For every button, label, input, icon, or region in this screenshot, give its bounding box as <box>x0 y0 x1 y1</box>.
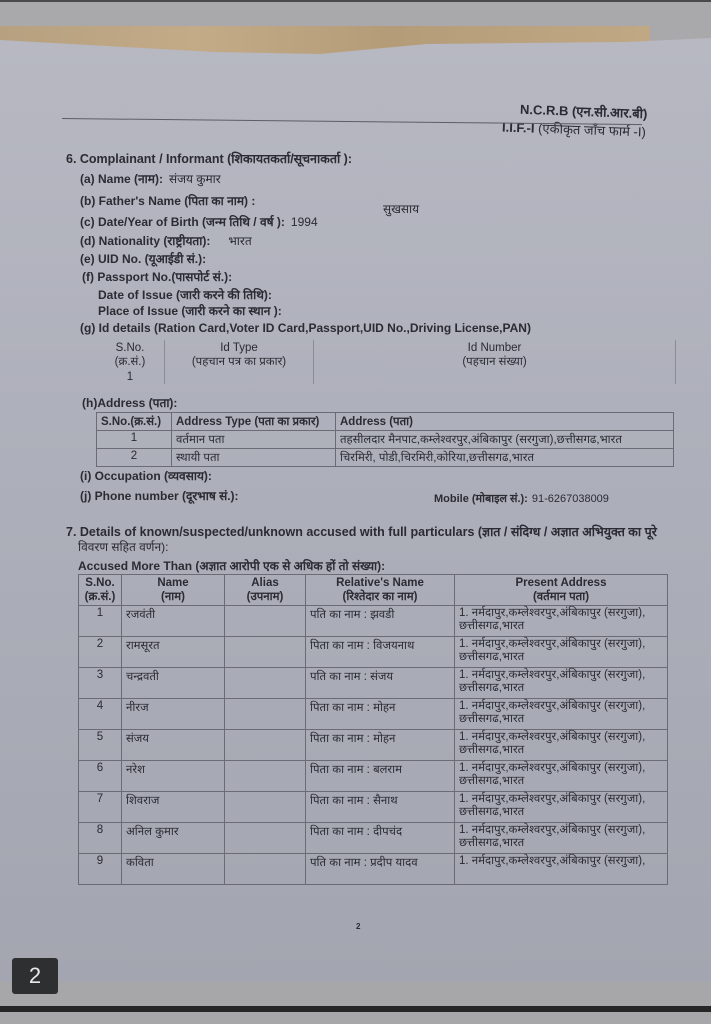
accused-sno: 5 <box>79 730 122 761</box>
accused-address: 1. नर्मदापुर,कम्लेश्वरपुर,अंबिकापुर (सरग… <box>455 792 668 823</box>
accused-name: नरेश <box>122 761 225 792</box>
accused-address: 1. नर्मदापुर,कम्लेश्वरपुर,अंबिकापुर (सरग… <box>455 668 668 699</box>
accused-relative: पिता का नाम : दीपचंद <box>306 823 455 854</box>
passport-label: (f) Passport No.(पासपोर्ट सं.): <box>82 268 232 285</box>
accused-name: शिवराज <box>122 792 225 823</box>
father-label: (b) Father's Name (पिता का नाम) : <box>80 192 255 209</box>
uid-label: (e) UID No. (यूआईडी सं.): <box>80 250 206 267</box>
accused-relative: पिता का नाम : सैनाथ <box>306 792 455 823</box>
accused-alias <box>225 792 306 823</box>
accused-sno: 4 <box>79 699 122 730</box>
accused-relative: पति का नाम : प्रदीप यादव <box>306 854 455 885</box>
accused-sno: 1 <box>79 606 122 637</box>
phone-label: (j) Phone number (दूरभाष सं.): <box>80 487 239 504</box>
accused-table-body: 1रजवंतीपति का नाम : झवडी1. नर्मदापुर,कम्… <box>79 606 668 885</box>
accused-more-than-label: Accused More Than (अज्ञात आरोपी एक से अध… <box>78 557 385 574</box>
accused-table: S.No.(क्र.सं.) Name(नाम) Alias(उपनाम) Re… <box>78 574 668 885</box>
dob-label: (c) Date/Year of Birth (जन्म तिथि / वर्ष… <box>80 215 285 229</box>
table-row: 6नरेशपिता का नाम : बलराम1. नर्मदापुर,कम्… <box>79 761 668 792</box>
table-row: 2 स्थायी पता चिरमिरी, पोडी,चिरमिरी,कोरिय… <box>97 449 674 467</box>
addr-type: स्थायी पता <box>172 449 336 467</box>
accused-alias <box>225 606 306 637</box>
mobile-label: Mobile (मोबाइल सं.): <box>434 493 528 505</box>
accused-sno: 9 <box>79 854 122 885</box>
table-row: 4नीरजपिता का नाम : मोहन1. नर्मदापुर,कम्ल… <box>79 699 668 730</box>
document-photo: N.C.R.B (एन.सी.आर.बी) I.I.F.-I (एकीकृत ज… <box>0 0 711 1024</box>
accused-sno: 6 <box>79 761 122 792</box>
header-iif: I.I.F.-I (एकीकृत जाँच फार्म -I) <box>502 117 646 140</box>
id-details-table: S.No.(क्र.सं.) Id Type(पहचान पत्र का प्र… <box>96 340 676 384</box>
accused-alias <box>225 823 306 854</box>
addr-col-type: Address Type (पता का प्रकार) <box>172 413 336 431</box>
mobile-value: 91-6267038009 <box>532 493 609 505</box>
accused-relative: पिता का नाम : मोहन <box>306 730 455 761</box>
document-page-number: 2 <box>356 922 360 931</box>
table-row: 1 वर्तमान पता तहसीलदार मैनपाट,कम्लेश्वरप… <box>97 431 674 449</box>
addr-col-sno: S.No.(क्र.सं.) <box>97 413 172 431</box>
accused-alias <box>225 699 306 730</box>
accused-alias <box>225 637 306 668</box>
accused-relative: पिता का नाम : बलराम <box>306 761 455 792</box>
accused-sno: 8 <box>79 823 122 854</box>
acc-col-name: Name(नाम) <box>122 575 225 606</box>
section6-title: 6. Complainant / Informant (शिकायतकर्ता/… <box>66 150 352 167</box>
addr-sno: 2 <box>97 449 172 467</box>
mobile-row: Mobile (मोबाइल सं.):91-6267038009 <box>434 491 609 506</box>
acc-col-relative: Relative's Name(रिश्तेदार का नाम) <box>306 575 455 606</box>
nationality-label: (d) Nationality (राष्ट्रीयता): <box>80 234 210 248</box>
accused-table-header: S.No.(क्र.सं.) Name(नाम) Alias(उपनाम) Re… <box>79 575 668 606</box>
nationality-value: भारत <box>228 234 251 248</box>
id-col-type: Id Type(पहचान पत्र का प्रकार) <box>165 340 314 370</box>
table-row: 7शिवराजपिता का नाम : सैनाथ1. नर्मदापुर,क… <box>79 792 668 823</box>
page-indicator-badge[interactable]: 2 <box>12 958 58 994</box>
table-row: 5संजयपिता का नाम : मोहन1. नर्मदापुर,कम्ल… <box>79 730 668 761</box>
addr-value: चिरमिरी, पोडी,चिरमिरी,कोरिया,छत्तीसगढ,भा… <box>336 449 674 467</box>
date-of-issue-label: Date of Issue (जारी करने की तिथि): <box>98 286 272 303</box>
accused-name: रजवंती <box>122 606 225 637</box>
table-row: 3चन्द्रवतीपति का नाम : संजय1. नर्मदापुर,… <box>79 668 668 699</box>
address-label: (h)Address (पता): <box>82 394 177 411</box>
accused-address: 1. नर्मदापुर,कम्लेश्वरपुर,अंबिकापुर (सरग… <box>455 854 668 885</box>
table-row: 9कवितापति का नाम : प्रदीप यादव1. नर्मदाप… <box>79 854 668 885</box>
accused-alias <box>225 668 306 699</box>
table-row: 1 <box>96 370 676 384</box>
id-details-label: (g) Id details (Ration Card,Voter ID Car… <box>80 321 531 335</box>
accused-name: नीरज <box>122 699 225 730</box>
father-value: सुखसाय <box>383 200 419 217</box>
acc-col-address: Present Address(वर्तमान पता) <box>455 575 668 606</box>
acc-col-alias: Alias(उपनाम) <box>225 575 306 606</box>
accused-relative: पिता का नाम : विजयनाथ <box>306 637 455 668</box>
addr-sno: 1 <box>97 431 172 449</box>
accused-name: संजय <box>122 730 225 761</box>
accused-alias <box>225 761 306 792</box>
addr-type: वर्तमान पता <box>172 431 336 449</box>
addr-value: तहसीलदार मैनपाट,कम्लेश्वरपुर,अंबिकापुर (… <box>336 431 674 449</box>
nationality-row: (d) Nationality (राष्ट्रीयता):भारत <box>80 232 252 249</box>
dob-value: 1994 <box>291 215 318 229</box>
accused-address: 1. नर्मदापुर,कम्लेश्वरपुर,अंबिकापुर (सरग… <box>455 606 668 637</box>
accused-address: 1. नर्मदापुर,कम्लेश्वरपुर,अंबिकापुर (सरग… <box>455 637 668 668</box>
viewer-bottom-bar <box>0 1006 711 1012</box>
table-row: 2रामसूरतपिता का नाम : विजयनाथ1. नर्मदापु… <box>79 637 668 668</box>
acc-col-sno: S.No.(क्र.सं.) <box>79 575 122 606</box>
accused-address: 1. नर्मदापुर,कम्लेश्वरपुर,अंबिकापुर (सरग… <box>455 761 668 792</box>
accused-sno: 3 <box>79 668 122 699</box>
address-table: S.No.(क्र.सं.) Address Type (पता का प्रक… <box>96 412 674 467</box>
place-of-issue-label: Place of Issue (जारी करने का स्थान ): <box>98 302 282 319</box>
id-table-header: S.No.(क्र.सं.) Id Type(पहचान पत्र का प्र… <box>96 340 676 370</box>
addr-col-address: Address (पता) <box>336 413 674 431</box>
table-row: 1रजवंतीपति का नाम : झवडी1. नर्मदापुर,कम्… <box>79 606 668 637</box>
table-row: 8अनिल कुमारपिता का नाम : दीपचंद1. नर्मदा… <box>79 823 668 854</box>
address-table-header: S.No.(क्र.सं.) Address Type (पता का प्रक… <box>97 413 674 431</box>
accused-address: 1. नर्मदापुर,कम्लेश्वरपुर,अंबिकापुर (सरग… <box>455 823 668 854</box>
section7-title-line2: विवरण सहित वर्णन): <box>78 538 168 555</box>
accused-alias <box>225 730 306 761</box>
accused-name: कविता <box>122 854 225 885</box>
accused-name: अनिल कुमार <box>122 823 225 854</box>
id-row-type <box>165 370 314 384</box>
accused-address: 1. नर्मदापुर,कम्लेश्वरपुर,अंबिकापुर (सरग… <box>455 699 668 730</box>
id-row-sno: 1 <box>96 370 165 384</box>
accused-relative: पति का नाम : संजय <box>306 668 455 699</box>
name-label: (a) Name (नाम): <box>80 172 163 186</box>
occupation-label: (i) Occupation (व्यवसाय): <box>80 467 212 484</box>
accused-relative: पिता का नाम : मोहन <box>306 699 455 730</box>
accused-address: 1. नर्मदापुर,कम्लेश्वरपुर,अंबिकापुर (सरग… <box>455 730 668 761</box>
name-value: संजय कुमार <box>169 172 221 186</box>
id-col-number: Id Number(पहचान संख्या) <box>314 340 676 370</box>
id-col-sno: S.No.(क्र.सं.) <box>96 340 165 370</box>
accused-sno: 7 <box>79 792 122 823</box>
complainant-name-row: (a) Name (नाम):संजय कुमार <box>80 170 221 187</box>
id-row-number <box>314 370 676 384</box>
accused-name: रामसूरत <box>122 637 225 668</box>
accused-alias <box>225 854 306 885</box>
accused-relative: पति का नाम : झवडी <box>306 606 455 637</box>
accused-name: चन्द्रवती <box>122 668 225 699</box>
dob-row: (c) Date/Year of Birth (जन्म तिथि / वर्ष… <box>80 213 318 230</box>
accused-sno: 2 <box>79 637 122 668</box>
